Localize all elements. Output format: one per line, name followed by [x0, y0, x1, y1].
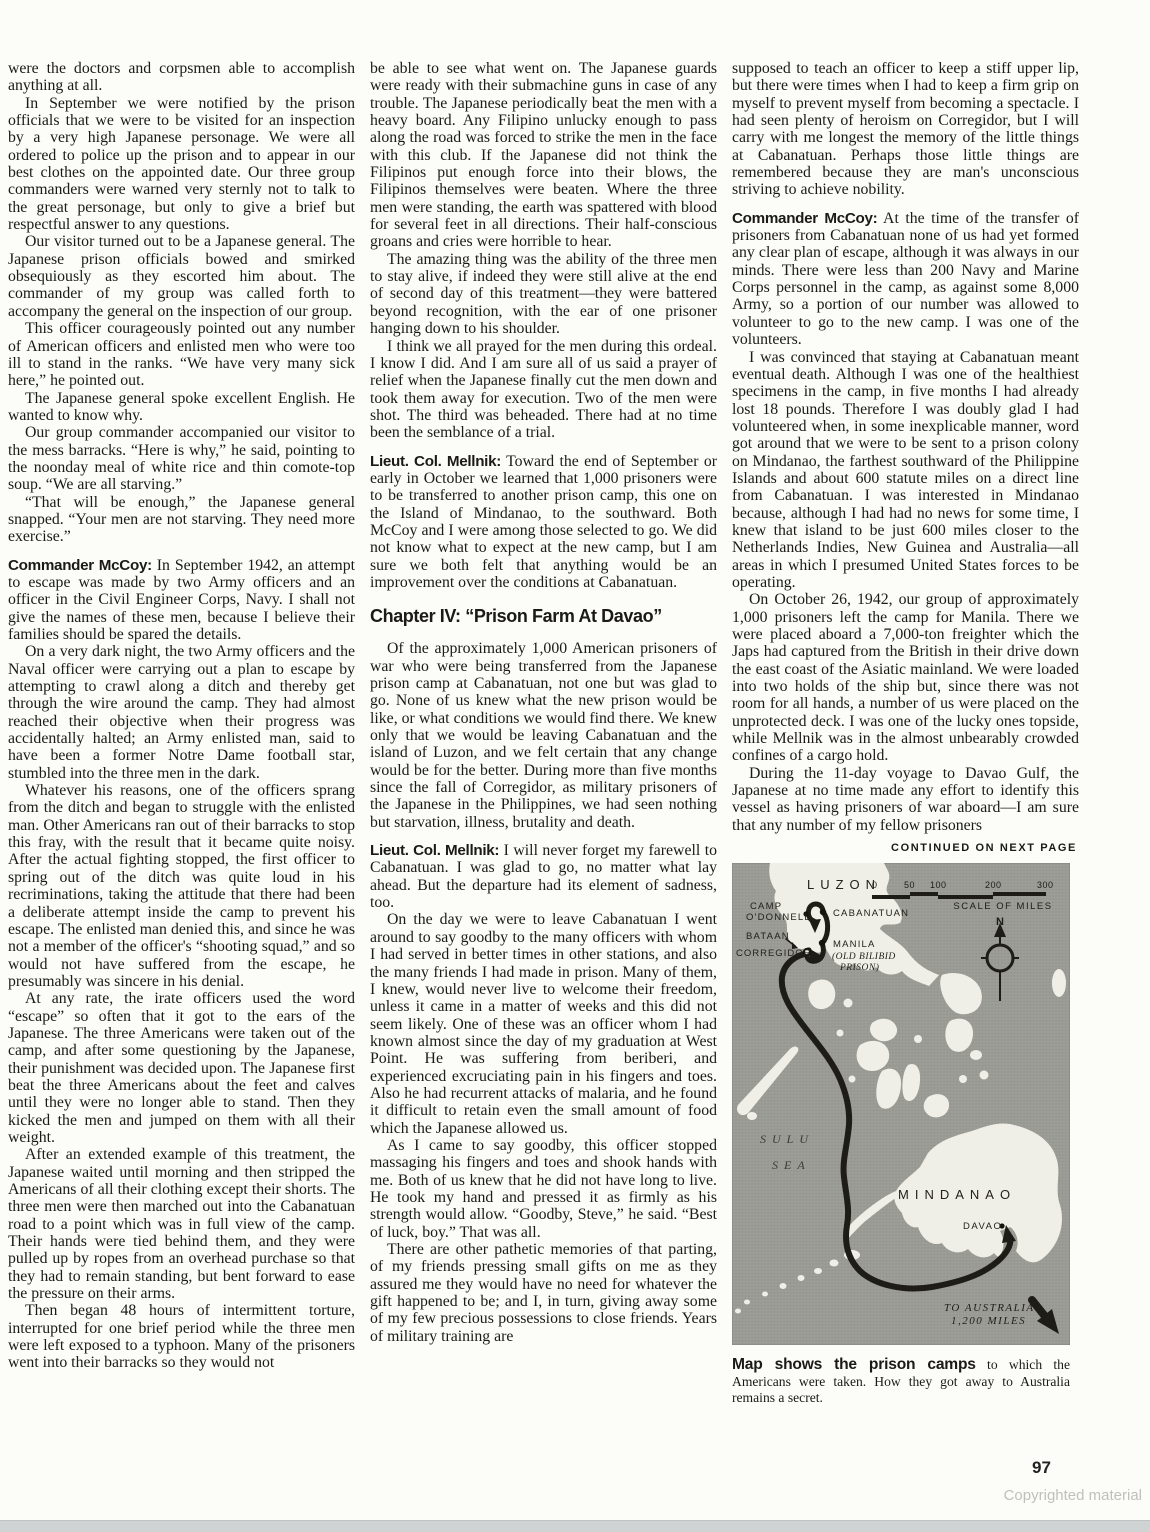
column-1-text: were the doctors and corpsmen able to ac… — [8, 60, 355, 1372]
body-paragraph: be able to see what went on. The Japanes… — [370, 60, 717, 251]
map-caption-lead: Map shows the prison camps — [732, 1356, 976, 1373]
label-camp-2: O'DONNELL — [746, 912, 811, 923]
bottom-edge-bar — [0, 1520, 1150, 1532]
speaker-paragraph: Lieut. Col. Mellnik: I will never forget… — [370, 842, 717, 911]
body-paragraph: During the 11-day voyage to Davao Gulf, … — [732, 765, 1079, 834]
map-caption: Map shows the prison camps to which the … — [732, 1357, 1070, 1406]
label-sulu: SULU — [760, 1132, 814, 1146]
continued-on-next-page: CONTINUED ON NEXT PAGE — [732, 842, 1077, 854]
paragraph-text: Toward the end of September or early in … — [370, 453, 717, 591]
label-mindanao: MINDANAO — [898, 1187, 1016, 1202]
column-2-text: be able to see what went on. The Japanes… — [370, 60, 717, 1345]
label-manila: MANILA — [833, 939, 876, 950]
speaker-paragraph: Commander McCoy: At the time of the tran… — [732, 210, 1079, 349]
svg-text:SCALE OF MILES: SCALE OF MILES — [953, 901, 1052, 912]
speaker-paragraph: Lieut. Col. Mellnik: Toward the end of S… — [370, 453, 717, 592]
body-paragraph: In September we were notified by the pri… — [8, 95, 355, 234]
magazine-page: were the doctors and corpsmen able to ac… — [0, 0, 1150, 1532]
column-3-text: supposed to teach an officer to keep a s… — [732, 60, 1079, 854]
column-1: were the doctors and corpsmen able to ac… — [8, 60, 355, 1406]
svg-text:300: 300 — [1037, 880, 1054, 890]
label-sea: SEA — [772, 1158, 811, 1172]
body-paragraph: were the doctors and corpsmen able to ac… — [8, 60, 355, 95]
body-paragraph: I think we all prayed for the men during… — [370, 338, 717, 442]
body-paragraph: On the day we were to leave Cabanatuan I… — [370, 911, 717, 1136]
body-paragraph: Whatever his reasons, one of the officer… — [8, 782, 355, 990]
body-paragraph: “That will be enough,” the Japanese gene… — [8, 494, 355, 546]
label-bataan: BATAAN — [746, 931, 790, 942]
body-paragraph: The Japanese general spoke excellent Eng… — [8, 390, 355, 425]
philippines-map: 0 50 100 200 300 SCALE OF MILES N — [732, 863, 1070, 1345]
map-figure: 0 50 100 200 300 SCALE OF MILES N — [732, 863, 1070, 1406]
label-corregidor: CORREGIDOR — [736, 948, 811, 959]
column-3: supposed to teach an officer to keep a s… — [732, 60, 1079, 1406]
chapter-heading: Chapter IV: “Prison Farm At Davao” — [370, 606, 717, 627]
body-paragraph: At any rate, the irate officers used the… — [8, 990, 355, 1146]
body-paragraph: Of the approximately 1,000 American pris… — [370, 640, 717, 831]
label-to-australia-1: TO AUSTRALIA — [944, 1302, 1035, 1314]
label-luzon: LUZON — [807, 877, 881, 892]
svg-text:100: 100 — [930, 880, 947, 890]
body-paragraph: The amazing thing was the ability of the… — [370, 251, 717, 338]
body-paragraph: After an extended example of this treatm… — [8, 1146, 355, 1302]
label-davao: DAVAO — [963, 1221, 1002, 1232]
label-camp-1: CAMP — [750, 901, 782, 912]
text-columns: were the doctors and corpsmen able to ac… — [8, 60, 1079, 1406]
body-paragraph: Our visitor turned out to be a Japanese … — [8, 233, 355, 320]
body-paragraph: supposed to teach an officer to keep a s… — [732, 60, 1079, 199]
body-paragraph: On a very dark night, the two Army offic… — [8, 643, 355, 782]
body-paragraph: I was convinced that staying at Cabanatu… — [732, 349, 1079, 592]
body-paragraph: There are other pathetic memories of tha… — [370, 1241, 717, 1345]
label-cabanatuan: CABANATUAN — [833, 908, 909, 919]
body-paragraph: As I came to say goodby, this officer st… — [370, 1137, 717, 1241]
speaker-label: Commander McCoy: — [732, 210, 877, 227]
svg-text:200: 200 — [985, 880, 1002, 890]
label-to-australia-2: 1,200 MILES — [951, 1315, 1026, 1327]
paragraph-text: At the time of the transfer of prisoners… — [732, 210, 1079, 348]
speaker-label: Lieut. Col. Mellnik: — [370, 842, 499, 859]
speaker-paragraph: Commander McCoy: In September 1942, an a… — [8, 557, 355, 644]
body-paragraph: This officer courageously pointed out an… — [8, 320, 355, 389]
svg-text:50: 50 — [904, 880, 915, 890]
page-number: 97 — [1032, 1458, 1051, 1478]
body-paragraph: Then began 48 hours of intermittent tort… — [8, 1302, 355, 1371]
column-2: be able to see what went on. The Japanes… — [370, 60, 717, 1406]
speaker-label: Lieut. Col. Mellnik: — [370, 453, 501, 470]
speaker-label: Commander McCoy: — [8, 557, 152, 574]
label-manila-sub1: (OLD BILIBID — [832, 951, 896, 962]
body-paragraph: On October 26, 1942, our group of approx… — [732, 591, 1079, 764]
body-paragraph: Our group commander accompanied our visi… — [8, 424, 355, 493]
copyright-notice: Copyrighted material — [1004, 1487, 1142, 1504]
label-manila-sub2: PRISON) — [839, 962, 879, 973]
